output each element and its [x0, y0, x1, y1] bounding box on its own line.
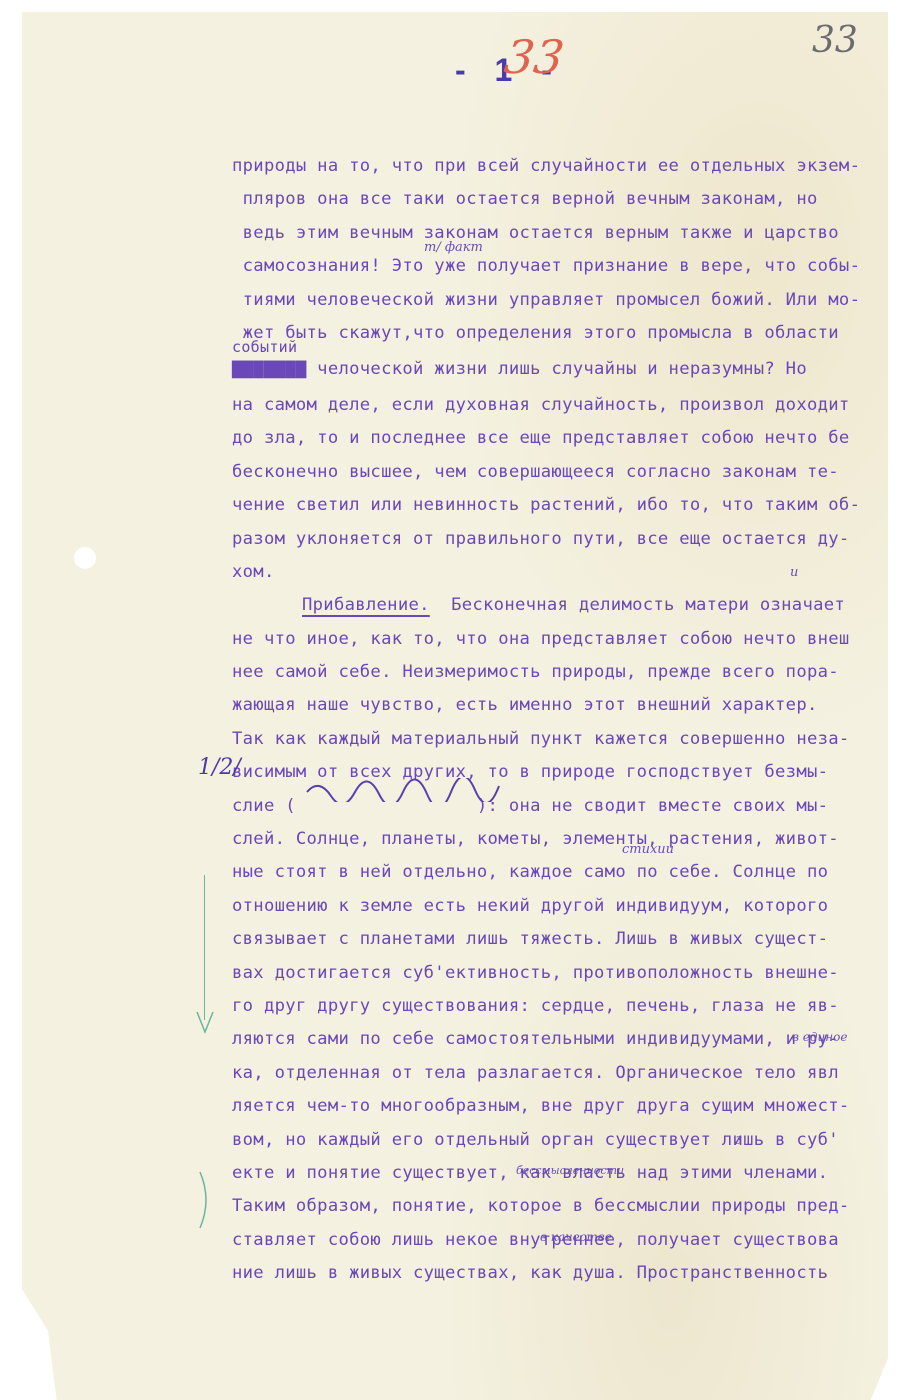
text-line: на самом деле, если духовная случайность… [232, 389, 903, 422]
text-line: ведь этим вечным законам остается верным… [232, 217, 903, 250]
text-line: разом уклоняется от правильного пути, вс… [232, 523, 903, 556]
text-line: ние лишь в живых существах, как душа. Пр… [232, 1257, 903, 1290]
green-bracket-mark [198, 1170, 212, 1230]
inserted-word: событий [232, 339, 903, 355]
text-line: пляров она все таки остается верной вечн… [232, 183, 903, 216]
text-line: самосознания! Это уже получает признание… [232, 250, 903, 283]
text-line: нее самой себе. Неизмеримость природы, п… [232, 656, 903, 689]
green-arrow-icon [195, 1010, 215, 1034]
typed-text-body: природы на то, что при всей случайности … [232, 150, 903, 1291]
annotation-stikhii: стихии [622, 842, 674, 857]
margin-annotation-mark: 1/2/ [198, 755, 241, 780]
text-line: связывает с планетами лишь тяжесть. Лишь… [232, 923, 903, 956]
text-line: ▇▇▇▇▇▇▇ челоческой жизни лишь случайны и… [232, 355, 903, 383]
wavy-line-mark [305, 778, 505, 802]
annotation-v-kachestve: в качестве [540, 1230, 612, 1244]
text-line: бесконечно высшее, чем совершающееся сог… [232, 456, 903, 489]
text-line: Так как каждый материальный пункт кажетс… [232, 723, 903, 756]
red-page-number: 33 [501, 30, 567, 84]
text-line: ные стоят в ней отдельно, каждое само по… [232, 856, 903, 889]
text-line: чение светил или невинность растений, иб… [232, 489, 903, 522]
text-line: го друг другу существования: сердце, печ… [232, 990, 903, 1023]
corner-page-number: 33 [812, 20, 858, 61]
text-line: жающая наше чувство, есть именно этот вн… [232, 689, 903, 722]
text-line: природы на то, что при всей случайности … [232, 150, 903, 183]
text-line: отношению к земле есть некий другой инди… [232, 890, 903, 923]
annotation-bessmyslennosti: бессмысленности [516, 1164, 624, 1177]
annotation-fakt: т/ факт [424, 240, 483, 255]
text-line: вах достигается суб'ективность, противоп… [232, 957, 903, 990]
annotation-materii: и [790, 565, 798, 580]
text-line-heading: Прибавление. Бесконечная делимость матер… [232, 589, 903, 622]
section-heading: Прибавление. [302, 595, 430, 615]
text-line: Бесконечная делимость матери означает [451, 595, 845, 615]
green-margin-line [204, 875, 205, 1020]
text-line: ка, отделенная от тела разлагается. Орга… [232, 1057, 903, 1090]
text-line: до зла, то и последнее все еще представл… [232, 422, 903, 455]
text-line: Таким образом, понятие, которое в бессмы… [232, 1190, 903, 1223]
annotation-telo: в единое [792, 1030, 847, 1044]
text-line: ляется чем-то многообразным, вне друг др… [232, 1090, 903, 1123]
text-line: вом, но каждый его отдельный орган сущес… [232, 1124, 903, 1157]
text-line: слей. Солнце, планеты, кометы, элементы,… [232, 823, 903, 856]
text-line: тиями человеческой жизни управляет промы… [232, 284, 903, 317]
punch-hole [74, 547, 96, 569]
text-line: хом. [232, 556, 903, 589]
text-line: не что иное, как то, что она представляе… [232, 623, 903, 656]
annotation-etimi: 3 [735, 1134, 742, 1147]
